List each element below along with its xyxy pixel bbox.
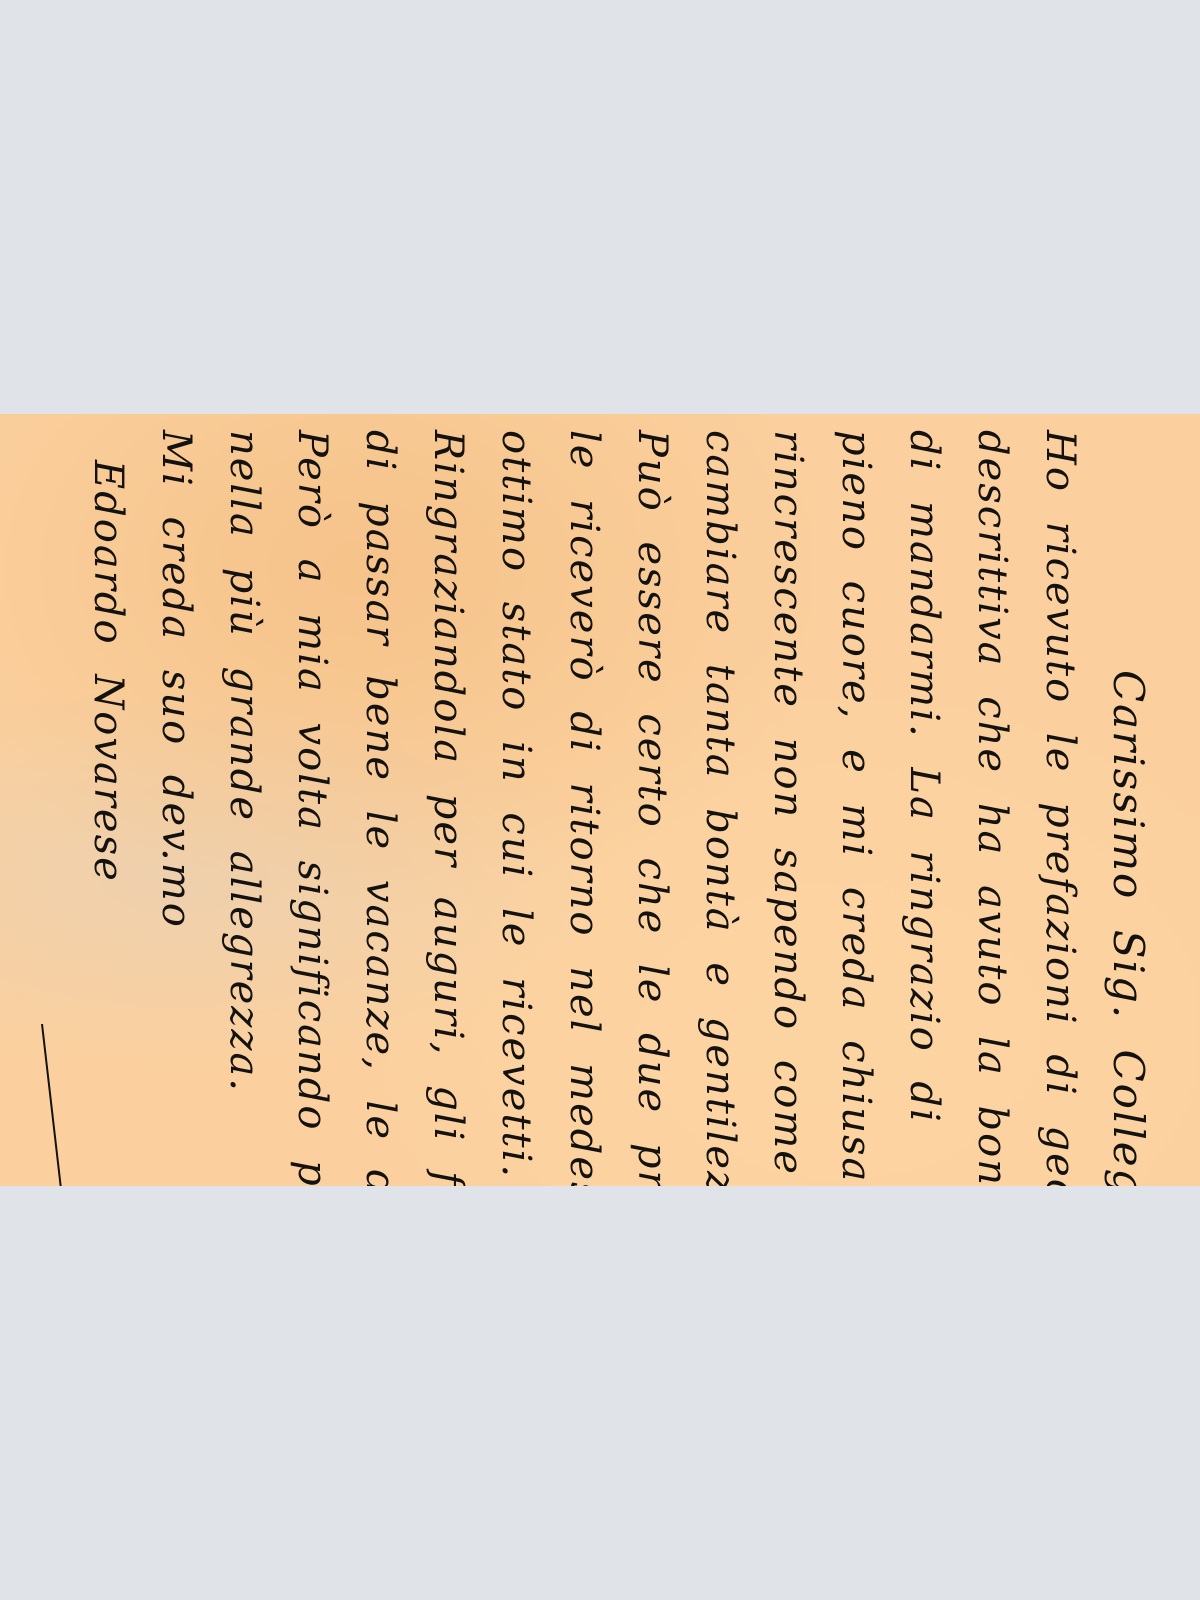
letter-line: Ringraziandola per auguri, gli faccio [414, 430, 482, 1170]
letter-line: Però a mia volta significando pure [278, 430, 346, 1170]
postcard: Carissimo Sig. Collega! Ho ricevuto le p… [0, 414, 1200, 1186]
letter-line: ottimo stato in cui le ricevetti. [482, 430, 550, 1170]
letter-line: cambiare tanta bontà e gentilezza. [686, 430, 754, 1170]
letter-line: di passar bene le vacanze, le dico [346, 430, 414, 1170]
handwritten-letter: Carissimo Sig. Collega! Ho ricevuto le p… [40, 420, 1180, 1180]
signature-flourish-icon [40, 1024, 150, 1186]
letter-line: Ho ricevuto le prefazioni di geometria [1026, 430, 1094, 1170]
letter-line: rincrescente non sapendo come contrac- [754, 430, 822, 1170]
letter-line: pieno cuore, e mi creda chiusa — [822, 430, 890, 1170]
closing: Mi creda suo dev.mo [142, 430, 210, 1170]
letter-line: di mandarmi. La ringrazio di [890, 430, 958, 1170]
letter-line: descrittiva che ha avuto la bontà [958, 430, 1026, 1170]
salutation: Carissimo Sig. Collega! [1094, 430, 1162, 1170]
letter-line: Può essere certo che le due prefazioni [618, 430, 686, 1170]
letter-line: nella più grande allegrezza. [210, 430, 278, 1170]
page: Carissimo Sig. Collega! Ho ricevuto le p… [0, 0, 1200, 1600]
letter-line: le riceverò di ritorno nel medesimo [550, 430, 618, 1170]
